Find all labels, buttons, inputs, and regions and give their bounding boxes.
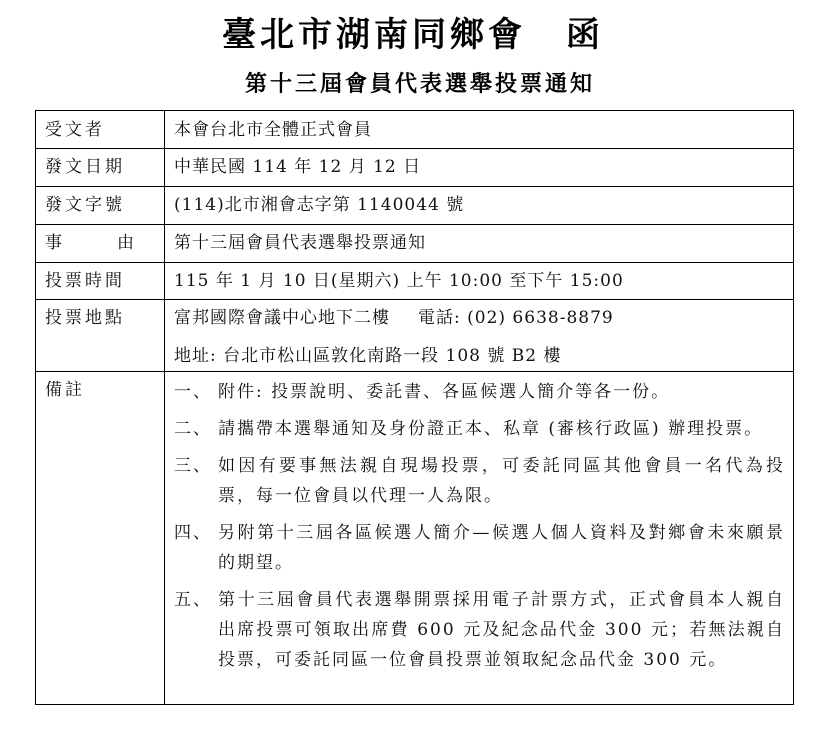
remark-text: 如因有要事無法親自現場投票，可委託同區其他會員一名代為投票，每一位會員以代理一人… bbox=[218, 451, 785, 511]
recipient-label: 受文者 bbox=[45, 111, 164, 142]
remark-item: 二、 請攜帶本選舉通知及身份證正本、私章 (審核行政區) 辦理投票。 bbox=[174, 414, 785, 444]
issue-date-value-cell: 中華民國 114 年 12 月 12 日 bbox=[165, 149, 794, 187]
document-title: 臺北市湖南同鄉會函 bbox=[0, 12, 826, 58]
remark-number: 五、 bbox=[174, 585, 218, 675]
issue-date-label: 發文日期 bbox=[45, 149, 164, 179]
voting-place-label: 投票地點 bbox=[45, 300, 164, 330]
remark-item: 四、 另附第十三屆各區候選人簡介—候選人個人資料及對鄉會未來願景的期望。 bbox=[174, 518, 785, 578]
doc-number-value: (114)北市湘會志字第 1140044 號 bbox=[174, 187, 793, 217]
subject-label-char-1: 事 bbox=[45, 231, 65, 255]
voting-time-label: 投票時間 bbox=[45, 263, 164, 293]
recipient-label-cell: 受文者 bbox=[36, 111, 165, 149]
organization-name: 臺北市湖南同鄉會 bbox=[222, 15, 526, 55]
voting-place-value-cell: 富邦國際會議中心地下二樓電話: (02) 6638-8879 地址: 台北市松山… bbox=[165, 300, 794, 372]
subject-value: 第十三屆會員代表選舉投票通知 bbox=[174, 225, 793, 255]
issue-date-label-cell: 發文日期 bbox=[36, 149, 165, 187]
venue-phone: 電話: (02) 6638-8879 bbox=[418, 308, 614, 328]
voting-time-label-cell: 投票時間 bbox=[36, 263, 165, 300]
remark-text: 第十三屆會員代表選舉開票採用電子計票方式，正式會員本人親自出席投票可領取出席費 … bbox=[218, 585, 785, 675]
venue-name: 富邦國際會議中心地下二樓 bbox=[174, 308, 390, 328]
subject-label-char-2: 由 bbox=[117, 231, 137, 255]
doc-number-value-cell: (114)北市湘會志字第 1140044 號 bbox=[165, 187, 794, 225]
issue-date-value: 中華民國 114 年 12 月 12 日 bbox=[174, 149, 793, 179]
remark-number: 三、 bbox=[174, 451, 218, 511]
voting-place-label-cell: 投票地點 bbox=[36, 300, 165, 372]
row-doc-number: 發文字號 (114)北市湘會志字第 1140044 號 bbox=[36, 187, 794, 225]
row-voting-place: 投票地點 富邦國際會議中心地下二樓電話: (02) 6638-8879 地址: … bbox=[36, 300, 794, 372]
doc-number-label-cell: 發文字號 bbox=[36, 187, 165, 225]
notice-table: 受文者 本會台北市全體正式會員 發文日期 中華民國 114 年 12 月 12 … bbox=[35, 110, 794, 705]
row-recipient: 受文者 本會台北市全體正式會員 bbox=[36, 111, 794, 149]
voting-time-value: 115 年 1 月 10 日(星期六) 上午 10:00 至下午 15:00 bbox=[174, 263, 793, 293]
document-type: 函 bbox=[566, 15, 604, 55]
remarks-label-cell: 備註 bbox=[36, 372, 165, 705]
row-remarks: 備註 一、 附件: 投票說明、委託書、各區候選人簡介等各一份。 二、 請攜帶本選… bbox=[36, 372, 794, 705]
doc-number-label: 發文字號 bbox=[45, 187, 164, 217]
remark-text: 請攜帶本選舉通知及身份證正本、私章 (審核行政區) 辦理投票。 bbox=[218, 414, 785, 444]
voting-place-line-1: 富邦國際會議中心地下二樓電話: (02) 6638-8879 bbox=[174, 300, 793, 330]
remark-number: 二、 bbox=[174, 414, 218, 444]
venue-address: 地址: 台北市松山區敦化南路一段 108 號 B2 樓 bbox=[174, 338, 793, 368]
voting-time-value-cell: 115 年 1 月 10 日(星期六) 上午 10:00 至下午 15:00 bbox=[165, 263, 794, 300]
row-subject: 事 由 第十三屆會員代表選舉投票通知 bbox=[36, 225, 794, 263]
remark-item: 一、 附件: 投票說明、委託書、各區候選人簡介等各一份。 bbox=[174, 377, 785, 407]
subject-value-cell: 第十三屆會員代表選舉投票通知 bbox=[165, 225, 794, 263]
row-voting-time: 投票時間 115 年 1 月 10 日(星期六) 上午 10:00 至下午 15… bbox=[36, 263, 794, 300]
remark-item: 五、 第十三屆會員代表選舉開票採用電子計票方式，正式會員本人親自出席投票可領取出… bbox=[174, 585, 785, 675]
remark-item: 三、 如因有要事無法親自現場投票，可委託同區其他會員一名代為投票，每一位會員以代… bbox=[174, 451, 785, 511]
recipient-value-cell: 本會台北市全體正式會員 bbox=[165, 111, 794, 149]
remark-text: 另附第十三屆各區候選人簡介—候選人個人資料及對鄉會未來願景的期望。 bbox=[218, 518, 785, 578]
remark-number: 四、 bbox=[174, 518, 218, 578]
remarks-value-cell: 一、 附件: 投票說明、委託書、各區候選人簡介等各一份。 二、 請攜帶本選舉通知… bbox=[165, 372, 794, 705]
row-issue-date: 發文日期 中華民國 114 年 12 月 12 日 bbox=[36, 149, 794, 187]
remark-text: 附件: 投票說明、委託書、各區候選人簡介等各一份。 bbox=[218, 377, 785, 407]
subject-label-cell: 事 由 bbox=[36, 225, 165, 263]
remark-number: 一、 bbox=[174, 377, 218, 407]
remarks-list: 一、 附件: 投票說明、委託書、各區候選人簡介等各一份。 二、 請攜帶本選舉通知… bbox=[174, 372, 793, 675]
document-subtitle: 第十三屆會員代表選舉投票通知 bbox=[0, 70, 826, 100]
recipient-value: 本會台北市全體正式會員 bbox=[174, 111, 793, 142]
subject-label: 事 由 bbox=[45, 225, 137, 255]
remarks-label: 備註 bbox=[45, 372, 164, 402]
